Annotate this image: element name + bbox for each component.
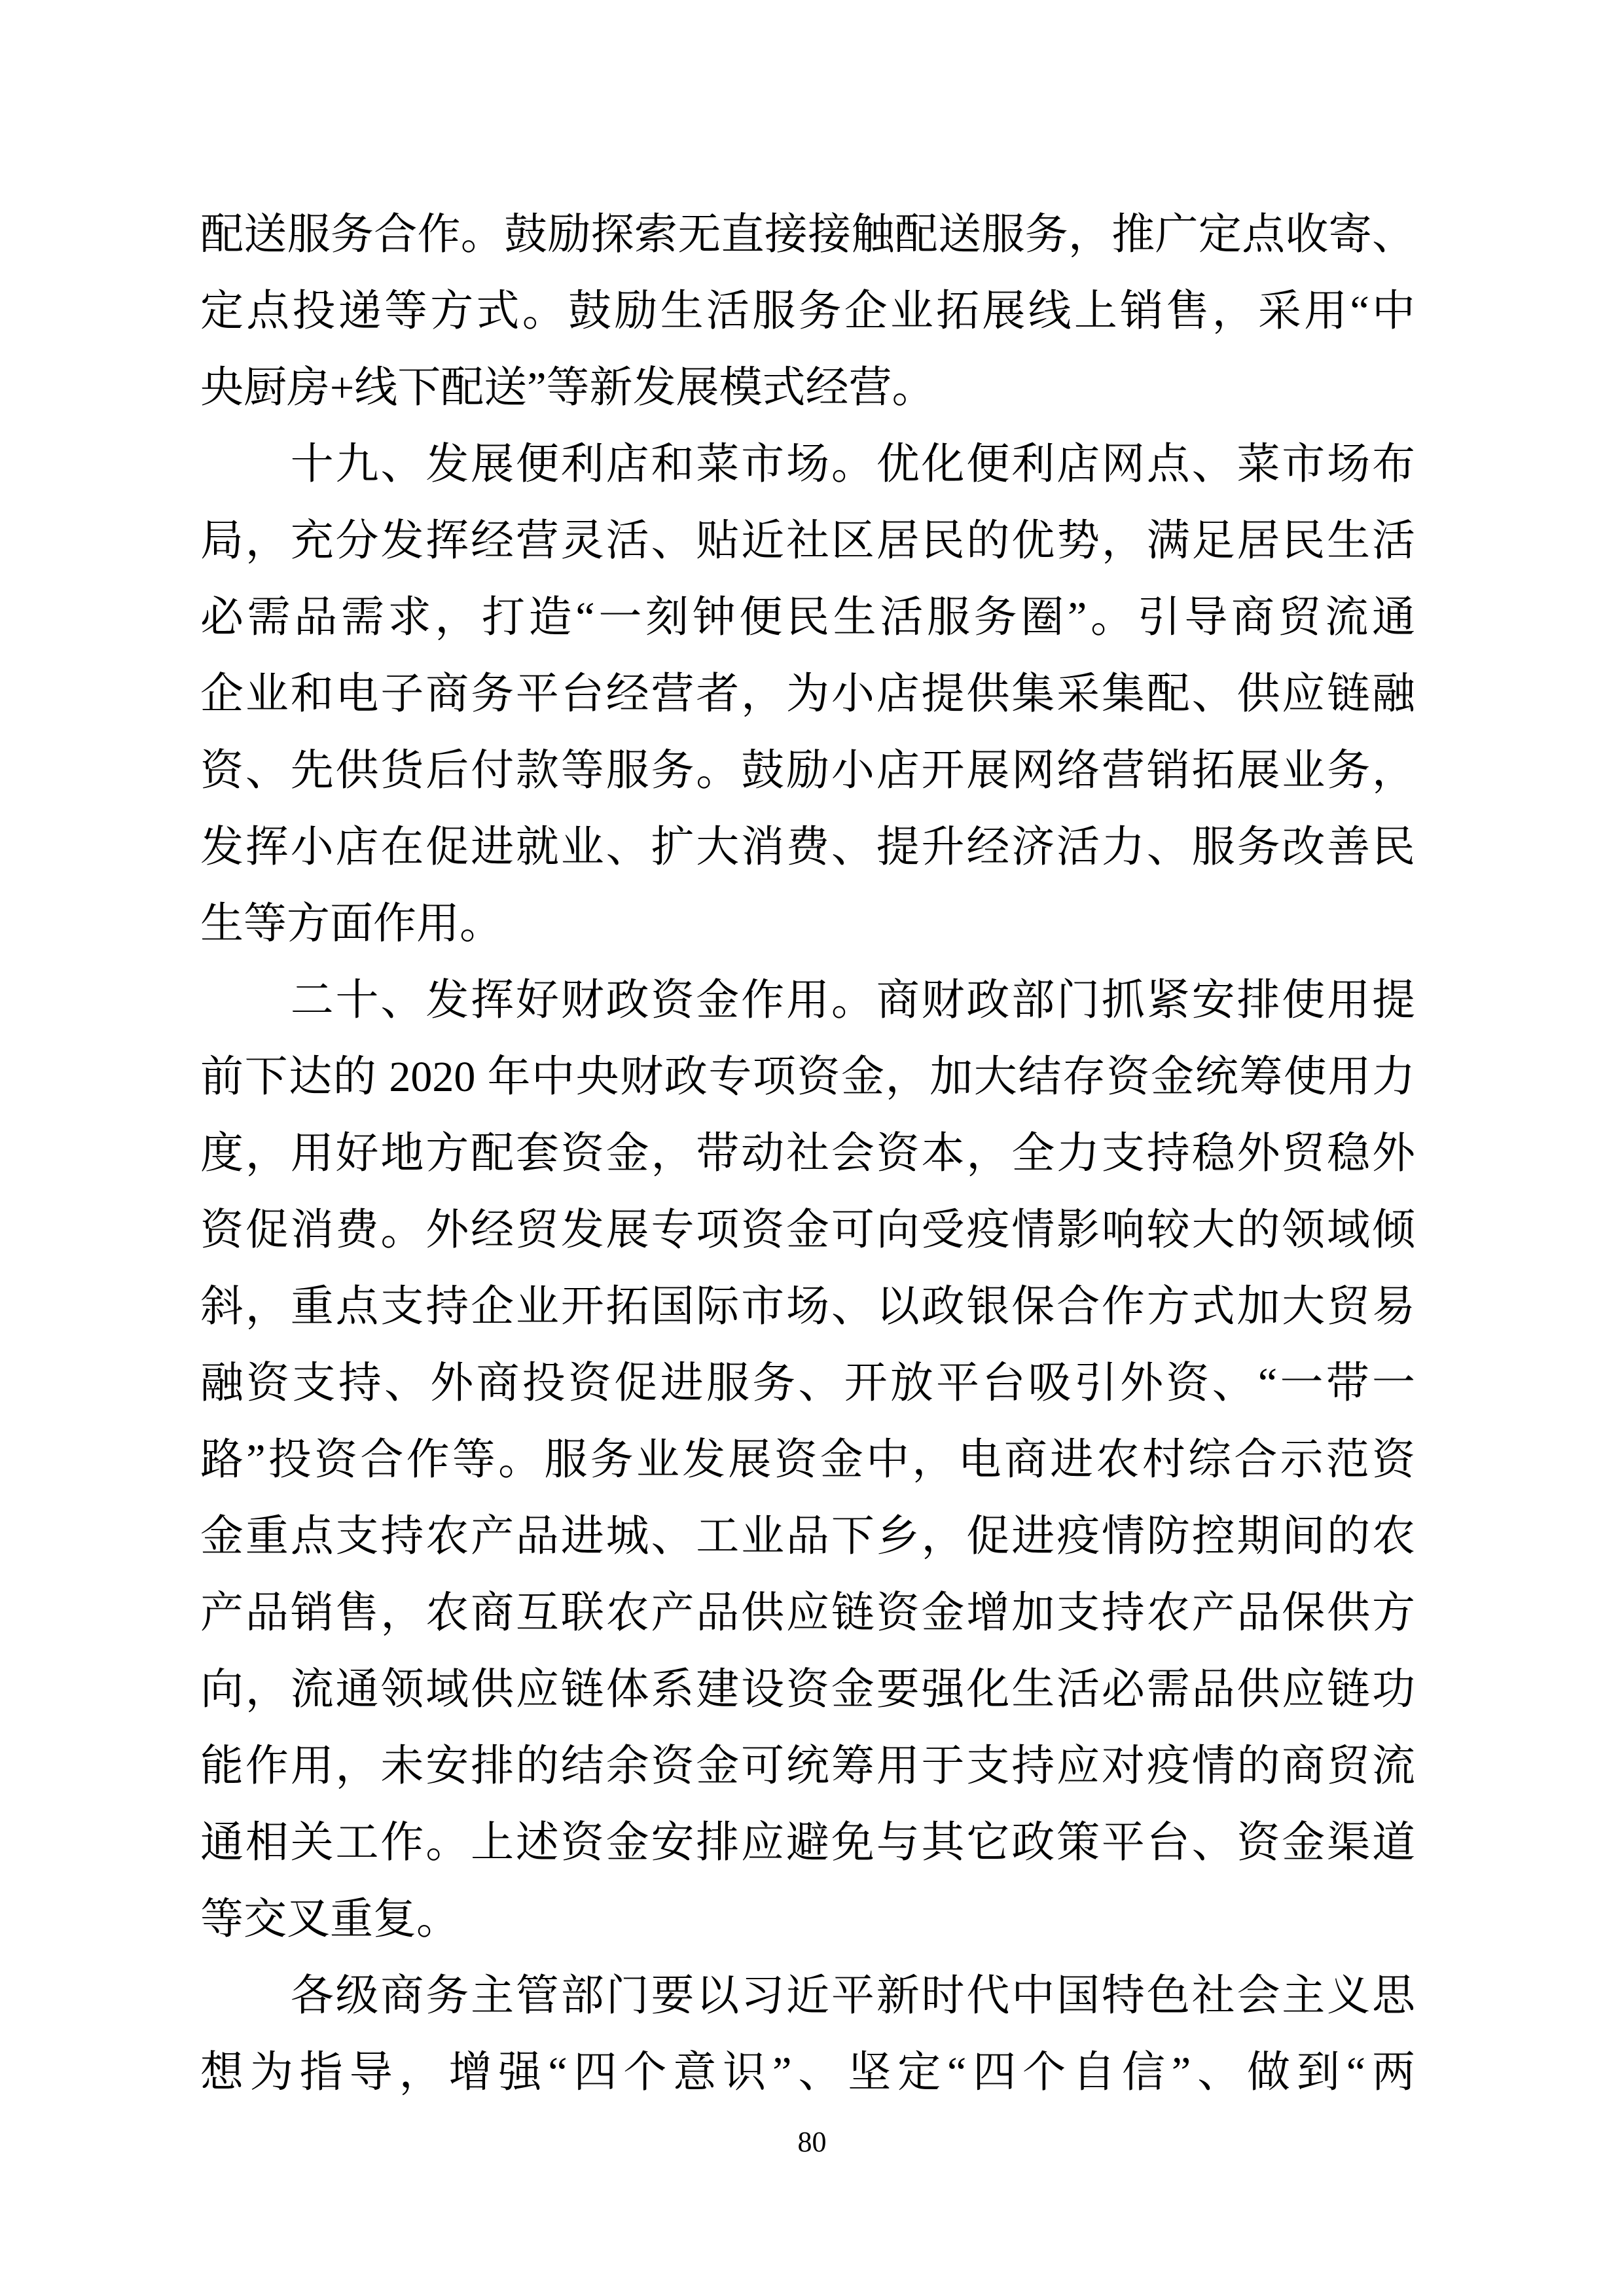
text-line: 十九、发展便利店和菜市场。优化便利店网点、菜市场布 <box>200 426 1415 503</box>
text-line: 向，流通领域供应链体系建设资金要强化生活必需品供应链功 <box>200 1651 1415 1728</box>
text-line: 配送服务合作。鼓励探索无直接接触配送服务，推广定点收寄、 <box>200 196 1415 273</box>
text-line: 企业和电子商务平台经营者，为小店提供集采集配、供应链融 <box>200 656 1415 732</box>
text-line: 发挥小店在促进就业、扩大消费、提升经济活力、服务改善民 <box>200 809 1415 886</box>
document-page: 配送服务合作。鼓励探索无直接接触配送服务，推广定点收寄、 定点投递等方式。鼓励生… <box>0 0 1624 2296</box>
text-line: 斜，重点支持企业开拓国际市场、以政银保合作方式加大贸易 <box>200 1268 1415 1345</box>
text-line: 必需品需求，打造“一刻钟便民生活服务圈”。引导商贸流通 <box>200 579 1415 656</box>
text-line: 等交叉重复。 <box>200 1881 1415 1958</box>
text-line: 想为指导，增强“四个意识”、坚定“四个自信”、做到“两 <box>200 2034 1415 2111</box>
text-line: 生等方面作用。 <box>200 886 1415 962</box>
text-line: 度，用好地方配套资金，带动社会资本，全力支持稳外贸稳外 <box>200 1115 1415 1192</box>
text-line: 定点投递等方式。鼓励生活服务企业拓展线上销售，采用“中 <box>200 273 1415 350</box>
text-line: 能作用，未安排的结余资金可统筹用于支持应对疫情的商贸流 <box>200 1728 1415 1804</box>
text-line: 通相关工作。上述资金安排应避免与其它政策平台、资金渠道 <box>200 1804 1415 1881</box>
text-line: 产品销售，农商互联农产品供应链资金增加支持农产品保供方 <box>200 1575 1415 1651</box>
text-line: 央厨房+线下配送”等新发展模式经营。 <box>200 350 1415 426</box>
text-line: 资促消费。外经贸发展专项资金可向受疫情影响较大的领域倾 <box>200 1192 1415 1268</box>
text-line: 二十、发挥好财政资金作用。商财政部门抓紧安排使用提 <box>200 962 1415 1039</box>
document-body: 配送服务合作。鼓励探索无直接接触配送服务，推广定点收寄、 定点投递等方式。鼓励生… <box>200 196 1415 2111</box>
text-line: 各级商务主管部门要以习近平新时代中国特色社会主义思 <box>200 1958 1415 2034</box>
text-line: 金重点支持农产品进城、工业品下乡，促进疫情防控期间的农 <box>200 1498 1415 1575</box>
text-line: 前下达的 2020 年中央财政专项资金，加大结存资金统筹使用力 <box>200 1039 1415 1115</box>
text-line: 资、先供货后付款等服务。鼓励小店开展网络营销拓展业务， <box>200 732 1415 809</box>
page-number: 80 <box>0 2119 1624 2165</box>
text-line: 路”投资合作等。服务业发展资金中，电商进农村综合示范资 <box>200 1422 1415 1498</box>
text-line: 局，充分发挥经营灵活、贴近社区居民的优势，满足居民生活 <box>200 503 1415 579</box>
text-line: 融资支持、外商投资促进服务、开放平台吸引外资、“一带一 <box>200 1345 1415 1422</box>
